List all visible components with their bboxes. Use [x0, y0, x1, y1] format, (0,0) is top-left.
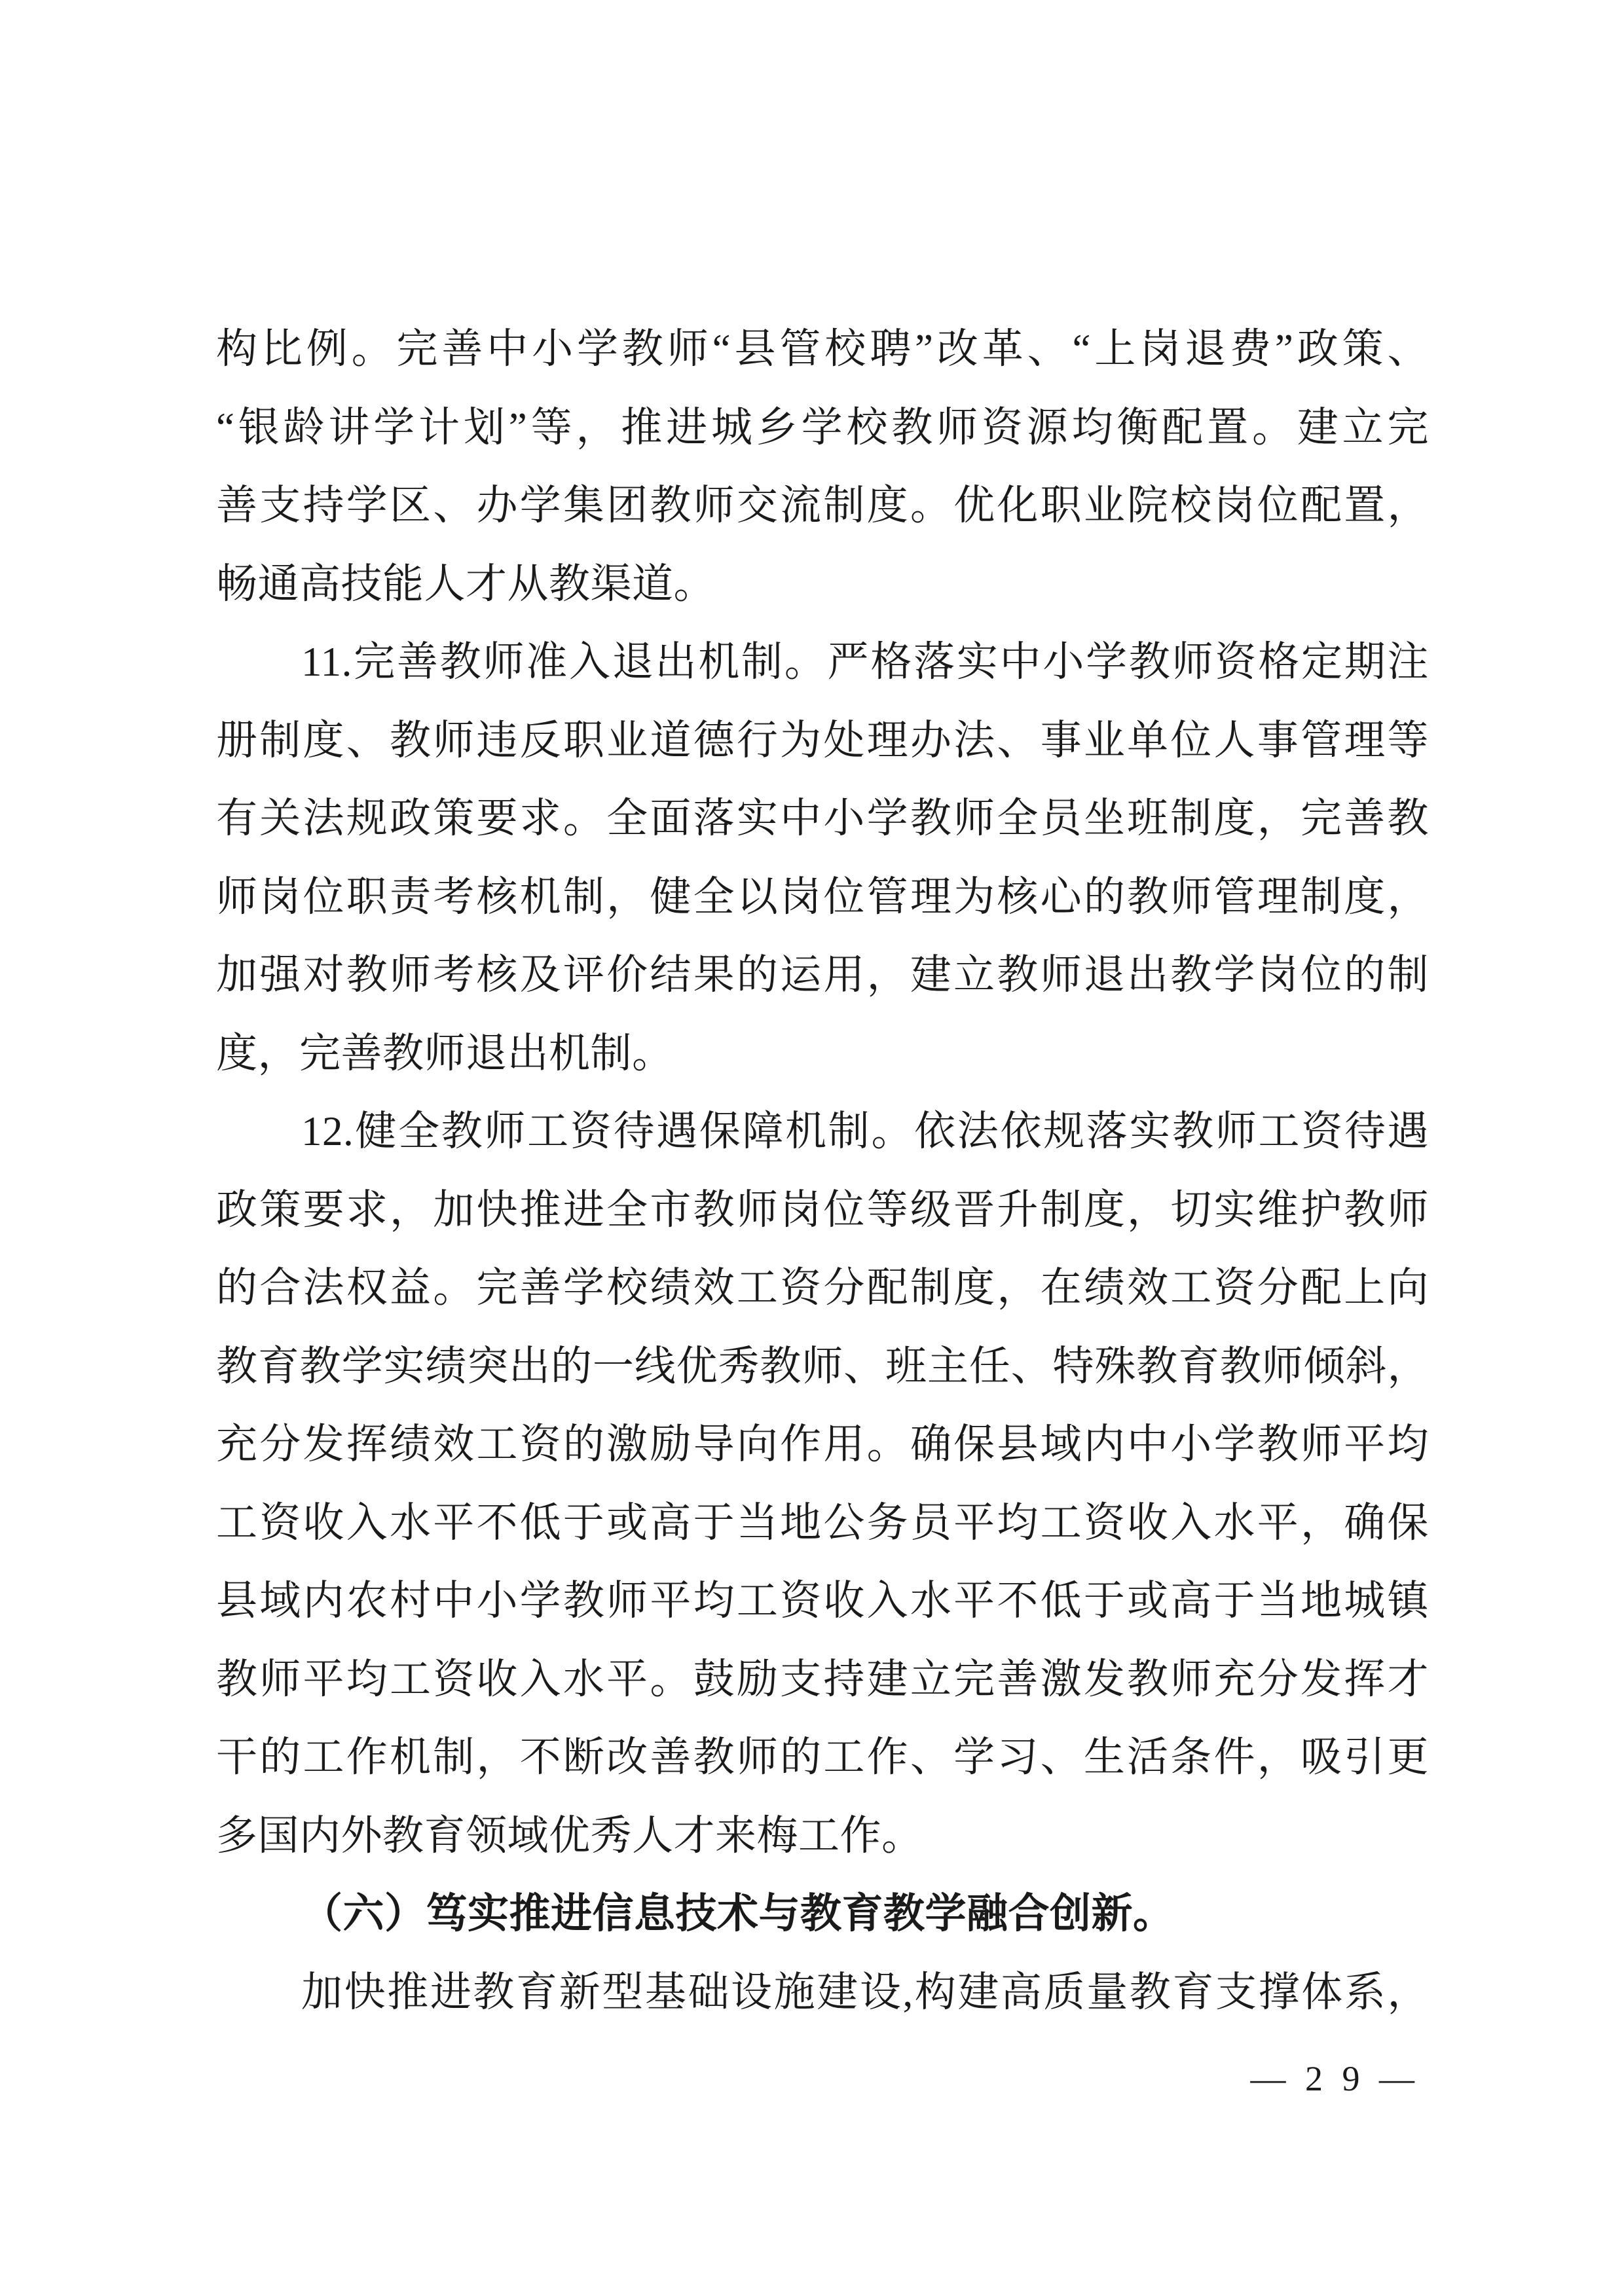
text-line: 政策要求，加快推进全市教师岗位等级晋升制度，切实维护教师 [216, 1171, 1429, 1250]
document-page: 构比例。完善中小学教师“县管校聘”改革、“上岗退费”政策、“银龄讲学计划”等，推… [0, 0, 1624, 2296]
text-line: 加快推进教育新型基础设施建设,构建高质量教育支撑体系， [216, 1954, 1429, 2032]
text-line: 的合法权益。完善学校绩效工资分配制度，在绩效工资分配上向 [216, 1249, 1429, 1328]
text-line: “银龄讲学计划”等，推进城乡学校教师资源均衡配置。建立完 [216, 389, 1429, 467]
text-line: 畅通高技能人才从教渠道。 [216, 545, 1429, 624]
text-line: 多国内外教育领域优秀人才来梅工作。 [216, 1797, 1429, 1876]
page-number: — 2 9 — [1251, 2058, 1420, 2100]
text-line: 教师平均工资收入水平。鼓励支持建立完善激发教师充分发挥才 [216, 1641, 1429, 1719]
text-line: 工资收入水平不低于或高于当地公务员平均工资收入水平，确保 [216, 1484, 1429, 1563]
text-line: 加强对教师考核及评价结果的运用，建立教师退出教学岗位的制 [216, 936, 1429, 1015]
text-line: 册制度、教师违反职业道德行为处理办法、事业单位人事管理等 [216, 702, 1429, 780]
text-line: 师岗位职责考核机制，健全以岗位管理为核心的教师管理制度， [216, 858, 1429, 937]
text-line: 有关法规政策要求。全面落实中小学教师全员坐班制度，完善教 [216, 780, 1429, 858]
text-line: 12.健全教师工资待遇保障机制。依法依规落实教师工资待遇 [216, 1093, 1429, 1171]
text-line: 充分发挥绩效工资的激励导向作用。确保县域内中小学教师平均 [216, 1406, 1429, 1484]
text-line: 度，完善教师退出机制。 [216, 1015, 1429, 1093]
text-line: 11.完善教师准入退出机制。严格落实中小学教师资格定期注 [216, 623, 1429, 702]
text-line: 教育教学实绩突出的一线优秀教师、班主任、特殊教育教师倾斜， [216, 1328, 1429, 1406]
document-body: 构比例。完善中小学教师“县管校聘”改革、“上岗退费”政策、“银龄讲学计划”等，推… [216, 310, 1429, 2032]
text-line: 干的工作机制，不断改善教师的工作、学习、生活条件，吸引更 [216, 1719, 1429, 1797]
text-line: 善支持学区、办学集团教师交流制度。优化职业院校岗位配置， [216, 467, 1429, 545]
text-line: （六）笃实推进信息技术与教育教学融合创新。 [216, 1875, 1429, 1954]
text-line: 县域内农村中小学教师平均工资收入水平不低于或高于当地城镇 [216, 1562, 1429, 1641]
text-line: 构比例。完善中小学教师“县管校聘”改革、“上岗退费”政策、 [216, 310, 1429, 389]
